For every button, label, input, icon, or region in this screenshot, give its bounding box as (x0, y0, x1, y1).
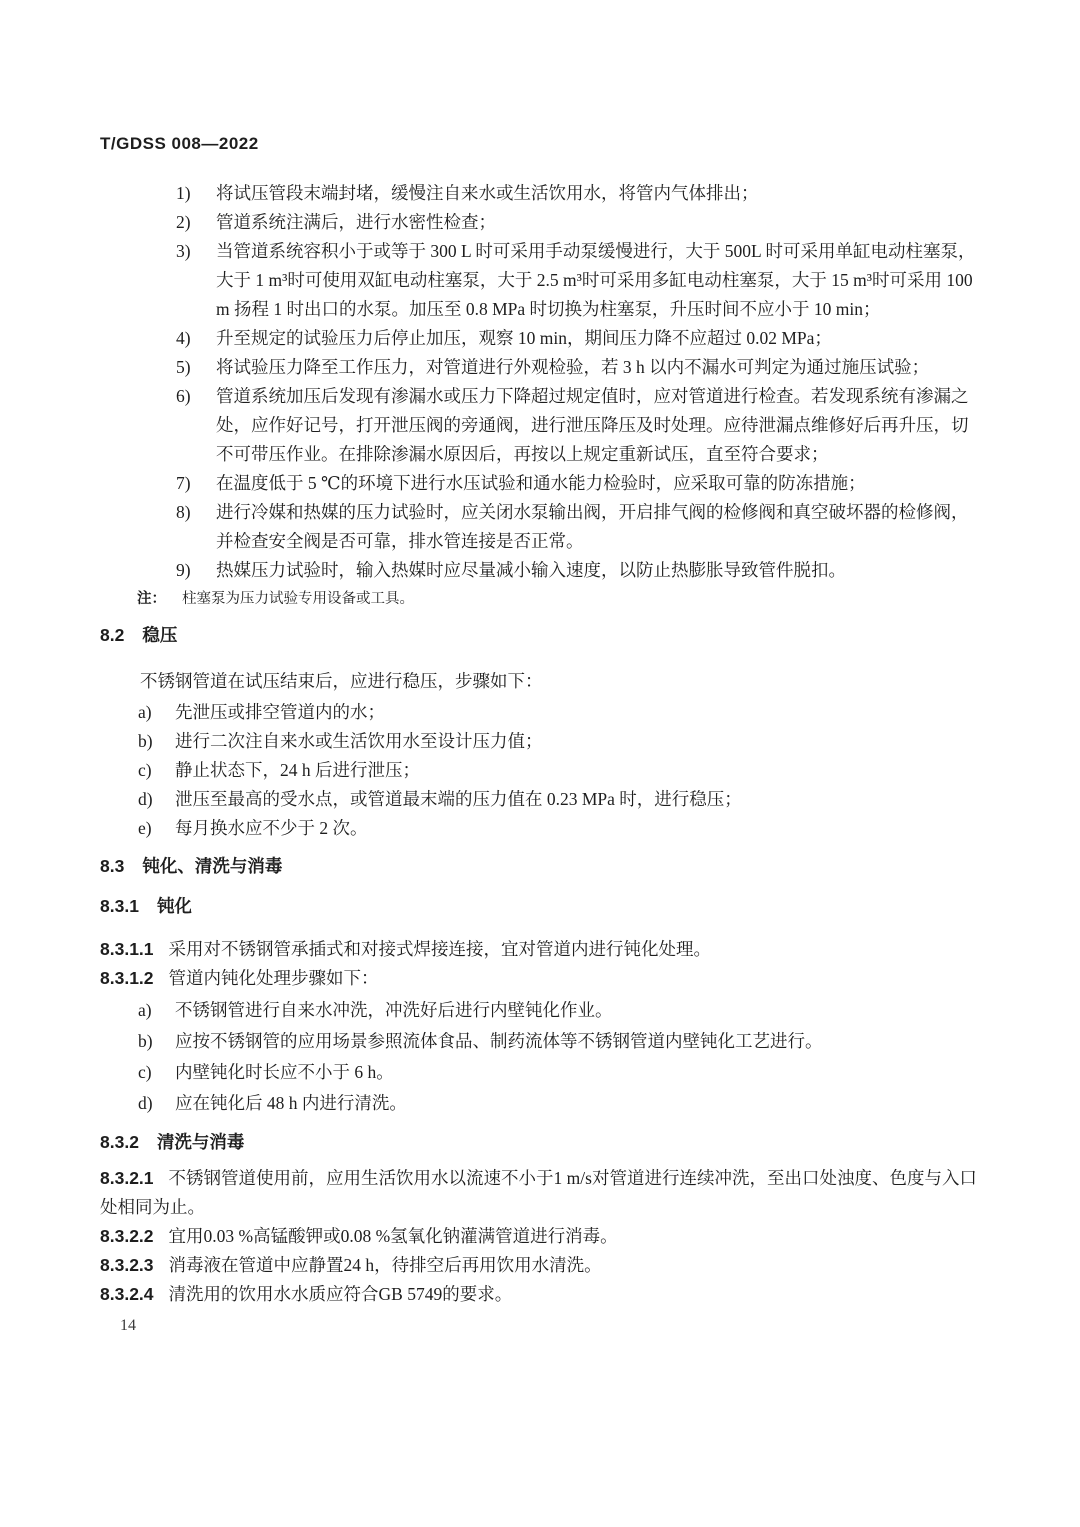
list-item: a) 先泄压或排空管道内的水； (100, 698, 980, 727)
clause-number: 8.3.1.2 (100, 968, 154, 988)
list-item-marker: a) (138, 995, 175, 1026)
list-item: e) 每月换水应不少于 2 次。 (100, 814, 980, 843)
list-item-marker: 4) (176, 324, 216, 353)
list-item-marker: b) (138, 727, 175, 756)
list-item-marker: 7) (176, 469, 216, 498)
clause-8-3-2-1: 8.3.2.1不锈钢管道使用前，应用生活饮用水以流速不小于1 m/s对管道进行连… (100, 1164, 980, 1222)
page-number: 14 (120, 1317, 980, 1335)
clause-text: 消毒液在管道中应静置24 h，待排空后再用饮用水清洗。 (169, 1255, 602, 1275)
list-item: 4) 升至规定的试验压力后停止加压，观察 10 min，期间压力降不应超过 0.… (100, 324, 980, 353)
list-item-marker: 5) (176, 353, 216, 382)
clause-8-3-2-2: 8.3.2.2宜用0.03 %高锰酸钾或0.08 %氢氧化钠灌满管道进行消毒。 (100, 1222, 980, 1251)
stabilization-steps-list: a) 先泄压或排空管道内的水； b) 进行二次注自来水或生活饮用水至设计压力值；… (100, 698, 980, 843)
list-item-text: 每月换水应不少于 2 次。 (175, 814, 980, 843)
section-heading-8-3: 8.3钝化、清洗与消毒 (100, 851, 980, 881)
list-item: 7) 在温度低于 5 ℃的环境下进行水压试验和通水能力检验时，应采取可靠的防冻措… (100, 469, 980, 498)
section-title: 钝化、清洗与消毒 (142, 856, 282, 876)
clause-8-3-2-4: 8.3.2.4清洗用的饮用水水质应符合GB 5749的要求。 (100, 1280, 980, 1309)
section-heading-8-3-2: 8.3.2清洗与消毒 (100, 1127, 980, 1157)
list-item-marker: 2) (176, 208, 216, 237)
passivation-steps-list: a) 不锈钢管进行自来水冲洗，冲洗好后进行内壁钝化作业。 b) 应按不锈钢管的应… (100, 995, 980, 1119)
list-item-text: 在温度低于 5 ℃的环境下进行水压试验和通水能力检验时，应采取可靠的防冻措施； (216, 469, 980, 498)
note-text: 柱塞泵为压力试验专用设备或工具。 (182, 591, 414, 607)
list-item-marker: b) (138, 1026, 175, 1057)
pressure-test-steps-list: 1) 将试压管段末端封堵，缓慢注自来水或生活饮用水，将管内气体排出； 2) 管道… (100, 179, 980, 585)
list-item-text: 泄压至最高的受水点，或管道最末端的压力值在 0.23 MPa 时，进行稳压； (175, 785, 980, 814)
document-page: T/GDSS 008—2022 1) 将试压管段末端封堵，缓慢注自来水或生活饮用… (0, 0, 1080, 1527)
section-number: 8.3.2 (100, 1132, 139, 1152)
clause-8-3-2-3: 8.3.2.3消毒液在管道中应静置24 h，待排空后再用饮用水清洗。 (100, 1251, 980, 1280)
section-title: 清洗与消毒 (157, 1132, 245, 1152)
list-item-text: 将试压管段末端封堵，缓慢注自来水或生活饮用水，将管内气体排出； (216, 179, 980, 208)
clause-text: 不锈钢管道使用前，应用生活饮用水以流速不小于1 m/s对管道进行连续冲洗，至出口… (100, 1168, 977, 1217)
clause-number: 8.3.2.3 (100, 1255, 154, 1275)
list-item: a) 不锈钢管进行自来水冲洗，冲洗好后进行内壁钝化作业。 (100, 995, 980, 1026)
list-item: b) 进行二次注自来水或生活饮用水至设计压力值； (100, 727, 980, 756)
list-item-marker: 6) (176, 382, 216, 469)
list-item-marker: 3) (176, 237, 216, 324)
document-code: T/GDSS 008—2022 (100, 133, 980, 155)
list-item-marker: 9) (176, 556, 216, 585)
section-number: 8.2 (100, 625, 124, 645)
clause-number: 8.3.2.1 (100, 1168, 154, 1188)
list-item-marker: d) (138, 785, 175, 814)
list-item-text: 管道系统加压后发现有渗漏水或压力下降超过规定值时，应对管道进行检查。若发现系统有… (216, 382, 980, 469)
list-item: 8) 进行冷媒和热媒的压力试验时，应关闭水泵输出阀，开启排气阀的检修阀和真空破坏… (100, 498, 980, 556)
section-title: 稳压 (142, 625, 177, 645)
list-item-text: 静止状态下，24 h 后进行泄压； (175, 756, 980, 785)
list-item-marker: a) (138, 698, 175, 727)
list-item-text: 进行冷媒和热媒的压力试验时，应关闭水泵输出阀，开启排气阀的检修阀和真空破坏器的检… (216, 498, 980, 556)
list-item-text: 管道系统注满后，进行水密性检查； (216, 208, 980, 237)
list-item-marker: 8) (176, 498, 216, 556)
list-item-text: 先泄压或排空管道内的水； (175, 698, 980, 727)
list-item: 5) 将试验压力降至工作压力，对管道进行外观检验，若 3 h 以内不漏水可判定为… (100, 353, 980, 382)
section-number: 8.3 (100, 856, 124, 876)
list-item-text: 应在钝化后 48 h 内进行清洗。 (175, 1088, 980, 1119)
section-heading-8-3-1: 8.3.1钝化 (100, 891, 980, 921)
note: 注：柱塞泵为压力试验专用设备或工具。 (137, 585, 980, 614)
list-item: d) 泄压至最高的受水点，或管道最末端的压力值在 0.23 MPa 时，进行稳压… (100, 785, 980, 814)
note-label: 注： (137, 591, 166, 607)
clause-8-3-1-1: 8.3.1.1采用对不锈钢管承插式和对接式焊接连接，宜对管道内进行钝化处理。 (100, 935, 980, 964)
list-item-text: 进行二次注自来水或生活饮用水至设计压力值； (175, 727, 980, 756)
section-heading-8-2: 8.2稳压 (100, 620, 980, 650)
list-item-marker: d) (138, 1088, 175, 1119)
section-number: 8.3.1 (100, 896, 139, 916)
clause-number: 8.3.1.1 (100, 939, 154, 959)
list-item-marker: 1) (176, 179, 216, 208)
clause-text: 宜用0.03 %高锰酸钾或0.08 %氢氧化钠灌满管道进行消毒。 (169, 1226, 618, 1246)
list-item: 6) 管道系统加压后发现有渗漏水或压力下降超过规定值时，应对管道进行检查。若发现… (100, 382, 980, 469)
list-item: c) 静止状态下，24 h 后进行泄压； (100, 756, 980, 785)
list-item-text: 内壁钝化时长应不小于 6 h。 (175, 1057, 980, 1088)
list-item-text: 当管道系统容积小于或等于 300 L 时可采用手动泵缓慢进行，大于 500L 时… (216, 237, 980, 324)
list-item-text: 不锈钢管进行自来水冲洗，冲洗好后进行内壁钝化作业。 (175, 995, 980, 1026)
clause-number: 8.3.2.2 (100, 1226, 154, 1246)
list-item-text: 升至规定的试验压力后停止加压，观察 10 min，期间压力降不应超过 0.02 … (216, 324, 980, 353)
list-item: 3) 当管道系统容积小于或等于 300 L 时可采用手动泵缓慢进行，大于 500… (100, 237, 980, 324)
clause-number: 8.3.2.4 (100, 1284, 154, 1304)
paragraph-intro-8-2: 不锈钢管道在试压结束后，应进行稳压，步骤如下： (140, 666, 980, 696)
list-item-marker: c) (138, 756, 175, 785)
clause-text: 清洗用的饮用水水质应符合GB 5749的要求。 (169, 1284, 513, 1304)
clause-8-3-1-2: 8.3.1.2管道内钝化处理步骤如下： (100, 964, 980, 993)
list-item-marker: e) (138, 814, 175, 843)
list-item: c) 内壁钝化时长应不小于 6 h。 (100, 1057, 980, 1088)
list-item-text: 应按不锈钢管的应用场景参照流体食品、制药流体等不锈钢管道内壁钝化工艺进行。 (175, 1026, 980, 1057)
section-title: 钝化 (157, 896, 192, 916)
clause-text: 管道内钝化处理步骤如下： (169, 968, 379, 988)
list-item-marker: c) (138, 1057, 175, 1088)
list-item-text: 将试验压力降至工作压力，对管道进行外观检验，若 3 h 以内不漏水可判定为通过施… (216, 353, 980, 382)
list-item: 9) 热媒压力试验时，输入热媒时应尽量减小输入速度，以防止热膨胀导致管件脱扣。 (100, 556, 980, 585)
list-item: d) 应在钝化后 48 h 内进行清洗。 (100, 1088, 980, 1119)
list-item: 2) 管道系统注满后，进行水密性检查； (100, 208, 980, 237)
clause-text: 采用对不锈钢管承插式和对接式焊接连接，宜对管道内进行钝化处理。 (169, 939, 712, 959)
list-item: 1) 将试压管段末端封堵，缓慢注自来水或生活饮用水，将管内气体排出； (100, 179, 980, 208)
list-item-text: 热媒压力试验时，输入热媒时应尽量减小输入速度，以防止热膨胀导致管件脱扣。 (216, 556, 980, 585)
list-item: b) 应按不锈钢管的应用场景参照流体食品、制药流体等不锈钢管道内壁钝化工艺进行。 (100, 1026, 980, 1057)
